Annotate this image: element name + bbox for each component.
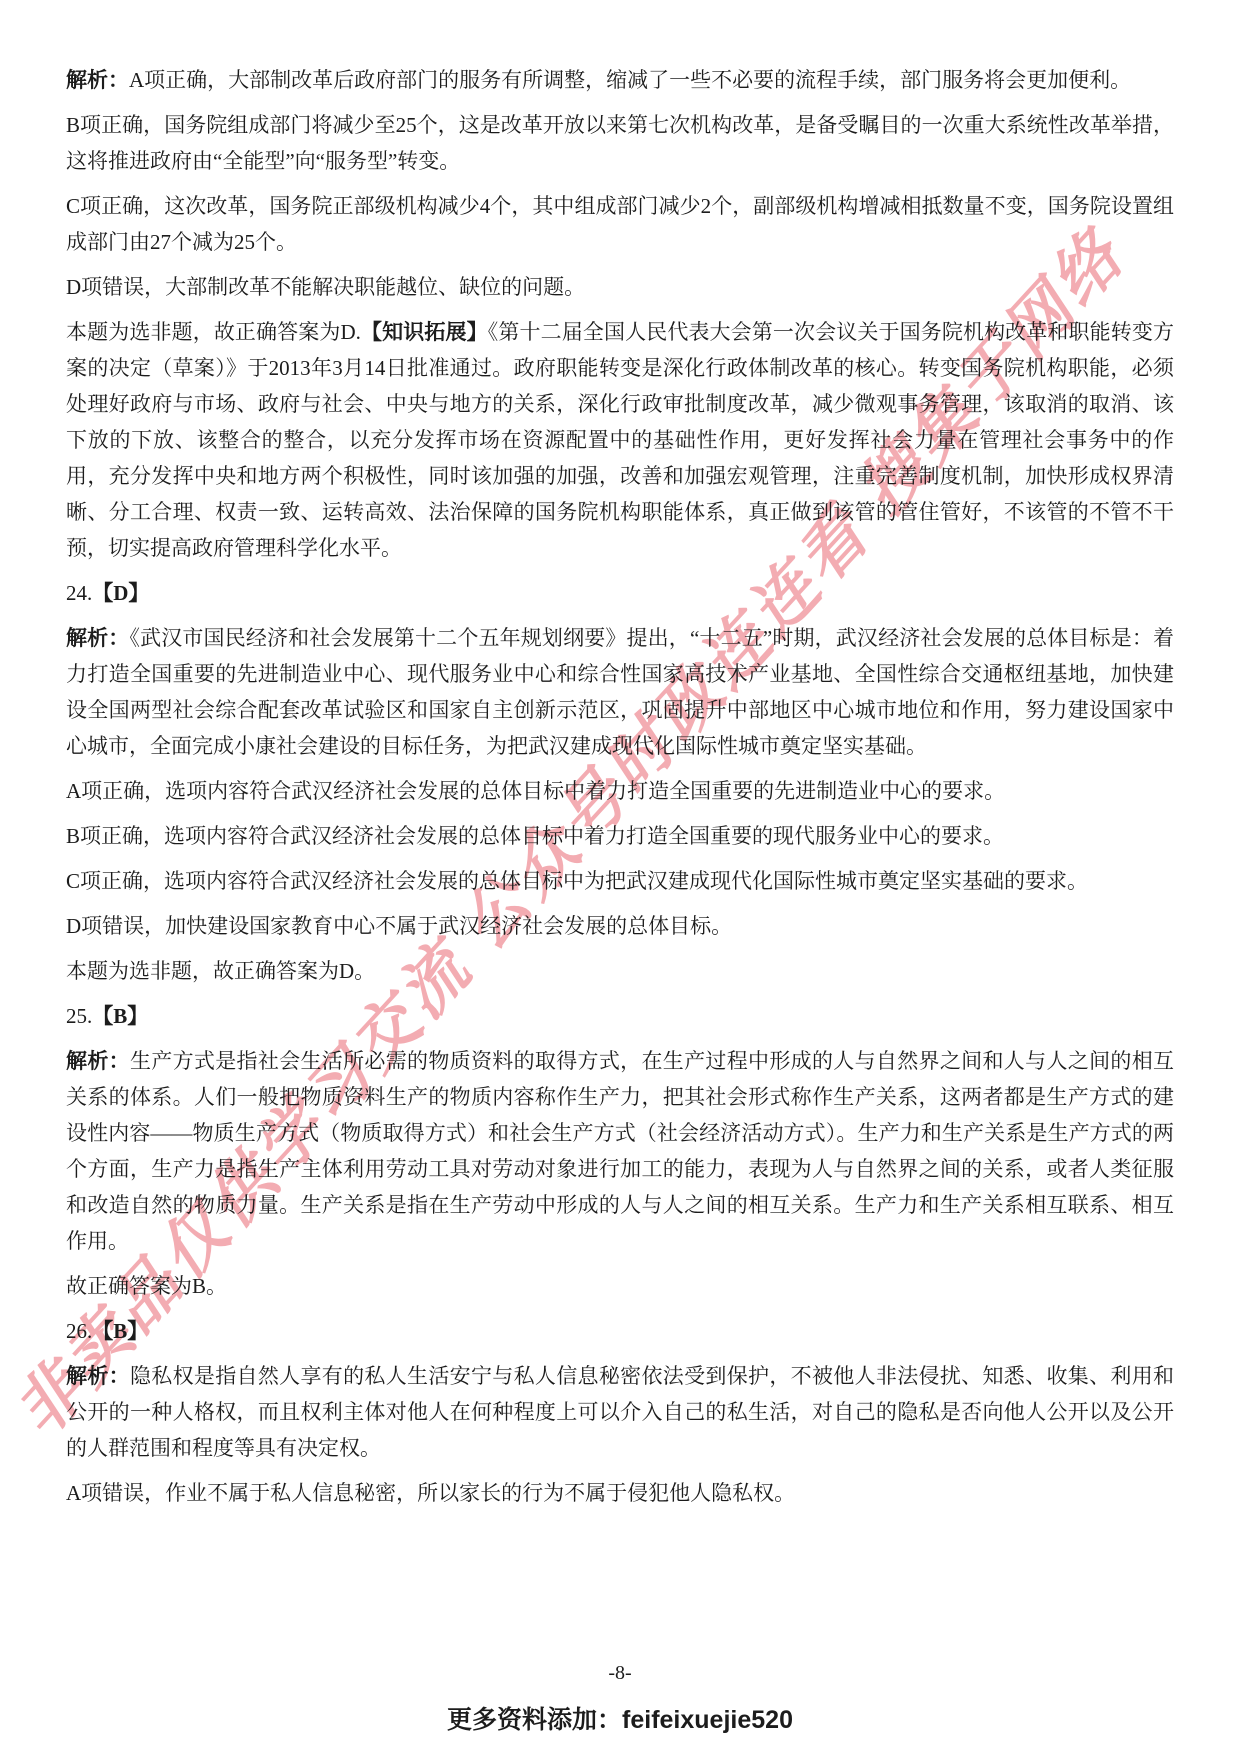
page-number: -8- <box>0 1662 1240 1685</box>
answer-paragraph: 本题为选非题，故正确答案为D.【知识拓展】《第十二届全国人民代表大会第一次会议关… <box>66 314 1174 566</box>
body-text: 故正确答案为B。 <box>66 1274 227 1298</box>
answer-paragraph: C项正确，这次改革，国务院正部级机构减少4个，其中组成部门减少2个，副部级机构增… <box>66 188 1174 260</box>
question-heading: 25.【B】 <box>66 998 1174 1034</box>
answer-paragraph: 故正确答案为B。 <box>66 1268 1174 1304</box>
answer-paragraph: 解析：隐私权是指自然人享有的私人生活安宁与私人信息秘密依法受到保护，不被他人非法… <box>66 1358 1174 1466</box>
body-text: 《第十二届全国人民代表大会第一次会议关于国务院机构改革和职能转变方案的决定（草案… <box>66 320 1174 560</box>
body-text: 《武汉市国民经济和社会发展第十二个五年规划纲要》提出，“十二五”时期，武汉经济社… <box>66 626 1174 758</box>
answer-paragraph: 解析：《武汉市国民经济和社会发展第十二个五年规划纲要》提出，“十二五”时期，武汉… <box>66 620 1174 764</box>
answer-paragraph: C项正确，选项内容符合武汉经济社会发展的总体目标中为把武汉建成现代化国际性城市奠… <box>66 863 1174 899</box>
answer-paragraph: D项错误，大部制改革不能解决职能越位、缺位的问题。 <box>66 269 1174 305</box>
body-text: D项错误，大部制改革不能解决职能越位、缺位的问题。 <box>66 275 585 299</box>
answer-paragraph: D项错误，加快建设国家教育中心不属于武汉经济社会发展的总体目标。 <box>66 908 1174 944</box>
body-text: 本题为选非题，故正确答案为D。 <box>66 959 375 983</box>
bold-text: 解析： <box>66 68 129 92</box>
footer-label: 更多资料添加： <box>447 1707 622 1734</box>
document-page: 非卖品仅供学习交流 公众号时政连连看 搜集于网络 解析：A项正确，大部制改革后政… <box>0 0 1240 1754</box>
answer-paragraph: 本题为选非题，故正确答案为D。 <box>66 953 1174 989</box>
body-text: A项错误，作业不属于私人信息秘密，所以家长的行为不属于侵犯他人隐私权。 <box>66 1481 795 1505</box>
body-text: B项正确，选项内容符合武汉经济社会发展的总体目标中着力打造全国重要的现代服务业中… <box>66 824 1004 848</box>
bold-text: 解析： <box>66 1364 130 1388</box>
body-text: A项正确，大部制改革后政府部门的服务有所调整，缩减了一些不必要的流程手续，部门服… <box>129 68 1131 92</box>
bold-text: 解析： <box>66 1049 130 1073</box>
question-heading: 24.【D】 <box>66 575 1174 611</box>
footer-note: 更多资料添加：feifeixuejie520 <box>0 1700 1240 1736</box>
bold-text: 解析： <box>66 626 129 650</box>
answer-paragraph: 解析：生产方式是指社会生活所必需的物质资料的取得方式，在生产过程中形成的人与自然… <box>66 1043 1174 1259</box>
body-text: B项正确，国务院组成部门将减少至25个，这是改革开放以来第七次机构改革，是备受瞩… <box>66 113 1174 173</box>
body-text: A项正确，选项内容符合武汉经济社会发展的总体目标中着力打造全国重要的先进制造业中… <box>66 779 1005 803</box>
body-text: C项正确，选项内容符合武汉经济社会发展的总体目标中为把武汉建成现代化国际性城市奠… <box>66 869 1088 893</box>
bold-text: 【知识拓展】 <box>361 320 488 344</box>
answer-paragraph: B项正确，选项内容符合武汉经济社会发展的总体目标中着力打造全国重要的现代服务业中… <box>66 818 1174 854</box>
question-heading: 26.【B】 <box>66 1313 1174 1349</box>
body-text: D项错误，加快建设国家教育中心不属于武汉经济社会发展的总体目标。 <box>66 914 732 938</box>
body-text: C项正确，这次改革，国务院正部级机构减少4个，其中组成部门减少2个，副部级机构增… <box>66 194 1174 254</box>
body-text: 24. <box>66 581 92 605</box>
body-text: 生产方式是指社会生活所必需的物质资料的取得方式，在生产过程中形成的人与自然界之间… <box>66 1049 1174 1253</box>
bold-text: 【B】 <box>92 1004 148 1028</box>
footer-contact-id: feifeixuejie520 <box>622 1706 793 1734</box>
body-text: 本题为选非题，故正确答案为D. <box>66 320 361 344</box>
content: 解析：A项正确，大部制改革后政府部门的服务有所调整，缩减了一些不必要的流程手续，… <box>66 0 1174 1520</box>
bold-text: 【D】 <box>92 581 149 605</box>
body-text: 隐私权是指自然人享有的私人生活安宁与私人信息秘密依法受到保护，不被他人非法侵扰、… <box>66 1364 1174 1460</box>
answer-paragraph: A项正确，选项内容符合武汉经济社会发展的总体目标中着力打造全国重要的先进制造业中… <box>66 773 1174 809</box>
answer-paragraph: A项错误，作业不属于私人信息秘密，所以家长的行为不属于侵犯他人隐私权。 <box>66 1475 1174 1511</box>
answer-paragraph: B项正确，国务院组成部门将减少至25个，这是改革开放以来第七次机构改革，是备受瞩… <box>66 107 1174 179</box>
answer-paragraph: 解析：A项正确，大部制改革后政府部门的服务有所调整，缩减了一些不必要的流程手续，… <box>66 62 1174 98</box>
body-text: 26. <box>66 1319 92 1343</box>
body-text: 25. <box>66 1004 92 1028</box>
bold-text: 【B】 <box>92 1319 148 1343</box>
